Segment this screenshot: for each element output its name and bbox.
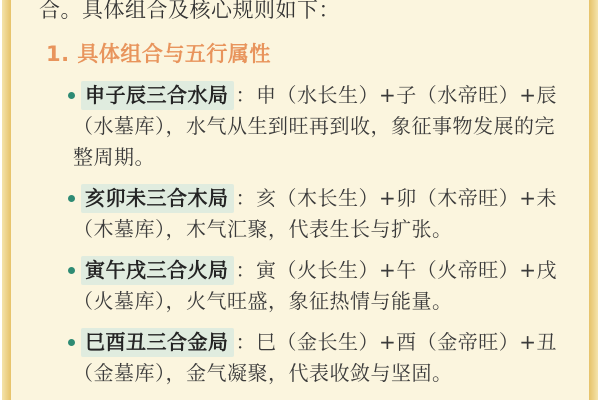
item-line: 整周期。 bbox=[73, 142, 569, 173]
keyword-highlight: 申子辰三合水局 bbox=[81, 81, 234, 110]
harmony-list: 申子辰三合水局：申（水长生）+子（水帝旺）+辰 （水墓库），水气从生到旺再到收，… bbox=[73, 80, 569, 399]
item-text: ：寅（火长生）+午（火帝旺）+戌 bbox=[236, 258, 558, 282]
item-line: （水墓库），水气从生到旺再到收，象征事物发展的完 bbox=[73, 111, 569, 142]
content-card: 合。具体组合及核心规则如下： 1. 具体组合与五行属性 申子辰三合水局：申（水长… bbox=[11, 0, 589, 400]
item-line: 巳酉丑三合金局：巳（金长生）+酉（金帝旺）+丑 bbox=[73, 327, 569, 358]
item-line: （木墓库），木气汇聚，代表生长与扩张。 bbox=[73, 214, 569, 245]
item-line: 寅午戌三合火局：寅（火长生）+午（火帝旺）+戌 bbox=[73, 255, 569, 286]
left-border-strip bbox=[2, 0, 11, 400]
list-item-wood: 亥卯未三合木局：亥（木长生）+卯（木帝旺）+未 （木墓库），木气汇聚，代表生长与… bbox=[73, 183, 569, 245]
intro-text: 合。具体组合及核心规则如下： bbox=[39, 0, 340, 25]
right-border-strip bbox=[589, 0, 598, 400]
page-background: 合。具体组合及核心规则如下： 1. 具体组合与五行属性 申子辰三合水局：申（水长… bbox=[0, 0, 600, 400]
bullet-dot-icon bbox=[68, 92, 75, 99]
item-text: ：申（水长生）+子（水帝旺）+辰 bbox=[236, 83, 558, 107]
bullet-dot-icon bbox=[68, 339, 75, 346]
item-line: 申子辰三合水局：申（水长生）+子（水帝旺）+辰 bbox=[73, 80, 569, 111]
keyword-highlight: 寅午戌三合火局 bbox=[81, 256, 234, 285]
section-heading: 1. 具体组合与五行属性 bbox=[46, 40, 271, 68]
bullet-dot-icon bbox=[68, 195, 75, 202]
item-text: ：亥（木长生）+卯（木帝旺）+未 bbox=[236, 186, 558, 210]
item-line: （金墓库），金气凝聚，代表收敛与坚固。 bbox=[73, 358, 569, 389]
keyword-highlight: 亥卯未三合木局 bbox=[81, 184, 234, 213]
item-text: ：巳（金长生）+酉（金帝旺）+丑 bbox=[236, 330, 558, 354]
keyword-highlight: 巳酉丑三合金局 bbox=[81, 328, 234, 357]
item-line: （火墓库），火气旺盛，象征热情与能量。 bbox=[73, 286, 569, 317]
item-line: 亥卯未三合木局：亥（木长生）+卯（木帝旺）+未 bbox=[73, 183, 569, 214]
bullet-dot-icon bbox=[68, 267, 75, 274]
list-item-water: 申子辰三合水局：申（水长生）+子（水帝旺）+辰 （水墓库），水气从生到旺再到收，… bbox=[73, 80, 569, 173]
list-item-metal: 巳酉丑三合金局：巳（金长生）+酉（金帝旺）+丑 （金墓库），金气凝聚，代表收敛与… bbox=[73, 327, 569, 389]
list-item-fire: 寅午戌三合火局：寅（火长生）+午（火帝旺）+戌 （火墓库），火气旺盛，象征热情与… bbox=[73, 255, 569, 317]
